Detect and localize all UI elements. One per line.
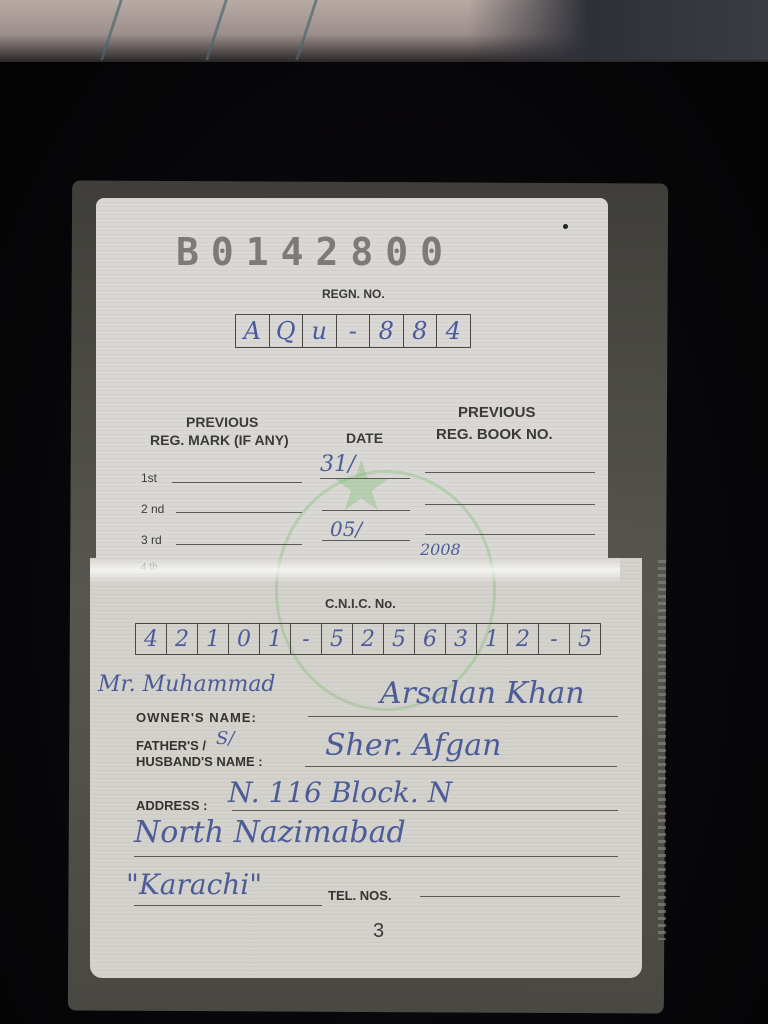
background-fabric xyxy=(0,0,768,62)
owner-name-prefix-handwritten: Mr. Muhammad xyxy=(98,672,276,697)
tel-nos-label: TEL. NOS. xyxy=(328,888,392,903)
previous-book-no-header: REG. BOOK NO. xyxy=(436,426,553,443)
book-no-line xyxy=(425,534,595,535)
cnic-cell: 5 xyxy=(570,624,600,654)
cnic-cell: 0 xyxy=(229,624,260,654)
regn-cell: A xyxy=(236,315,270,347)
father-name-handwritten: Sher. Afgan xyxy=(325,728,501,763)
date-handwritten-month: 05/ xyxy=(330,517,362,541)
cnic-cell: 6 xyxy=(415,624,446,654)
cnic-cell: 5 xyxy=(384,624,415,654)
fabric-shadow xyxy=(468,0,768,60)
date-handwritten-day: 31/ xyxy=(320,452,355,477)
previous-reg-mark-header: PREVIOUS xyxy=(186,414,258,430)
cover-stitching xyxy=(658,560,666,940)
address-label: ADDRESS : xyxy=(136,798,208,813)
regn-cell: Q xyxy=(270,315,304,347)
address-line1 xyxy=(232,810,618,811)
address-line1-handwritten: N. 116 Block. N xyxy=(228,776,452,809)
date-line xyxy=(320,478,410,479)
page-number: 3 xyxy=(373,920,384,943)
regn-cell: 8 xyxy=(404,315,438,347)
page-fold-glare xyxy=(90,557,620,583)
address-line3-handwritten: "Karachi" xyxy=(126,868,262,901)
book-no-line xyxy=(425,472,595,473)
cnic-cell: - xyxy=(539,624,570,654)
date-header: DATE xyxy=(346,430,383,446)
owner-name-handwritten: Arsalan Khan xyxy=(380,676,585,711)
cnic-cell: 1 xyxy=(198,624,229,654)
regn-cell: - xyxy=(337,315,371,347)
regn-cell: 8 xyxy=(370,315,404,347)
reg-mark-line xyxy=(176,512,302,513)
regn-no-label: REGN. NO. xyxy=(322,287,385,301)
previous-reg-mark-header: REG. MARK (IF ANY) xyxy=(150,432,289,448)
address-line3 xyxy=(134,905,322,906)
husband-name-label: HUSBAND'S NAME : xyxy=(136,754,263,769)
cnic-cell: 2 xyxy=(508,624,539,654)
row-label-1st: 1st xyxy=(141,471,157,485)
regn-no-boxes: A Q u - 8 8 4 xyxy=(235,314,471,348)
date-line xyxy=(322,510,410,511)
cnic-boxes: 4 2 1 0 1 - 5 2 5 6 3 1 2 - 5 xyxy=(135,623,601,655)
owner-name-label: OWNER'S NAME: xyxy=(136,710,257,725)
cnic-cell: 1 xyxy=(477,624,508,654)
reg-mark-line xyxy=(172,482,302,483)
fabric-stripe xyxy=(295,0,317,60)
cnic-cell: 5 xyxy=(322,624,353,654)
fabric-stripe xyxy=(100,0,122,60)
owner-name-line xyxy=(308,716,618,717)
regn-cell: 4 xyxy=(437,315,470,347)
address-line2-handwritten: North Nazimabad xyxy=(134,815,406,850)
address-line2 xyxy=(134,856,618,857)
row-label-2nd: 2 nd xyxy=(141,502,164,516)
regn-cell: u xyxy=(303,315,337,347)
cnic-cell: 4 xyxy=(136,624,167,654)
book-no-line xyxy=(425,504,595,505)
tel-nos-line xyxy=(420,896,620,897)
fabric-stripe xyxy=(205,0,227,60)
cnic-cell: - xyxy=(291,624,322,654)
row-label-3rd: 3 rd xyxy=(141,533,162,547)
reg-mark-line xyxy=(176,544,302,545)
cnic-cell: 2 xyxy=(353,624,384,654)
cnic-cell: 2 xyxy=(167,624,198,654)
ink-dot xyxy=(563,224,568,229)
cnic-cell: 3 xyxy=(446,624,477,654)
cnic-cell: 1 xyxy=(260,624,291,654)
father-name-label: FATHER'S / xyxy=(136,738,206,753)
cnic-label: C.N.I.C. No. xyxy=(325,596,396,611)
serial-number: B0142800 xyxy=(176,230,455,274)
father-name-annotation: S/ xyxy=(216,728,234,749)
previous-book-no-header: PREVIOUS xyxy=(458,404,536,421)
father-name-line xyxy=(305,766,617,767)
